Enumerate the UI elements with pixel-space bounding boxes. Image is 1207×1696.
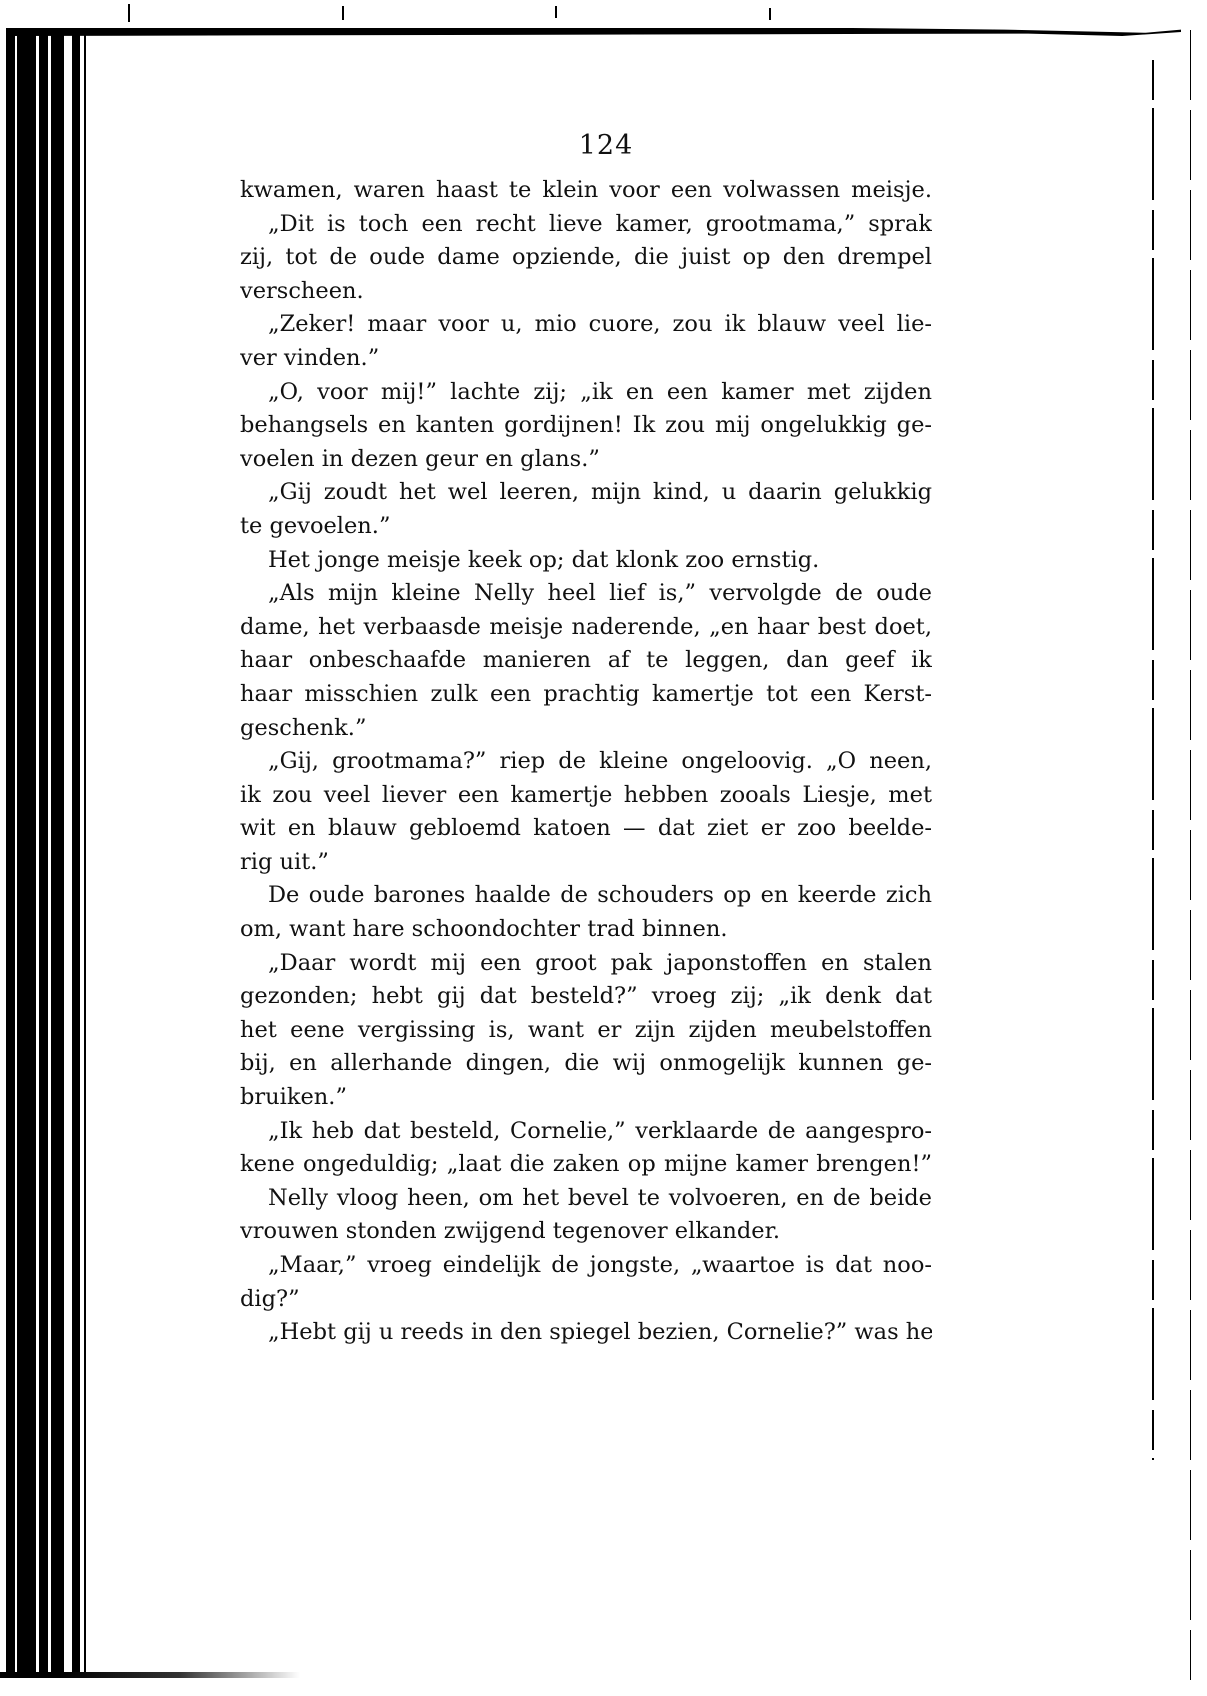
text-line: „Als mijn kleine Nelly heel lief is,” ve… — [240, 577, 932, 611]
page-body-text: kwamen, waren haast te klein voor een vo… — [240, 174, 932, 1350]
text-line: voelen in dezen geur en glans.” — [240, 443, 932, 477]
page-right-edge — [1152, 60, 1154, 1460]
scan-tick-mark — [769, 8, 771, 20]
text-line: „Daar wordt mij een groot pak japonstoff… — [240, 947, 932, 981]
text-line: behangsels en kanten gordijnen! Ik zou m… — [240, 409, 932, 443]
text-line: te gevoelen.” — [240, 510, 932, 544]
scan-border-line — [1190, 30, 1191, 1680]
text-line: ik zou veel liever een kamertje hebben z… — [240, 779, 932, 813]
text-line: „Zeker! maar voor u, mio cuore, zou ik b… — [240, 308, 932, 342]
page-number: 124 — [280, 118, 932, 174]
text-line: „O, voor mij!” lachte zij; „ik en een ka… — [240, 376, 932, 410]
text-line: dame, het verbaasde meisje naderende, „e… — [240, 611, 932, 645]
page-top-edge — [6, 28, 1181, 36]
text-line: De oude barones haalde de schouders op e… — [240, 879, 932, 913]
text-line: kene ongeduldig; „laat die zaken op mijn… — [240, 1148, 932, 1182]
text-line: Nelly vloog heen, om het bevel te volvoe… — [240, 1182, 932, 1216]
text-line: wit en blauw gebloemd katoen — dat ziet … — [240, 812, 932, 846]
text-line: haar onbeschaafde manieren af te leggen,… — [240, 644, 932, 678]
text-line: geschenk.” — [240, 712, 932, 746]
text-line: bij, en allerhande dingen, die wij onmog… — [240, 1047, 932, 1081]
scan-tick-mark — [555, 6, 557, 18]
text-line: haar misschien zulk een prachtig kamertj… — [240, 678, 932, 712]
scan-tick-mark — [342, 6, 344, 20]
text-line: „Gij zoudt het wel leeren, mijn kind, u … — [240, 476, 932, 510]
text-line: om, want hare schoondochter trad binnen. — [240, 913, 932, 947]
book-binding-shadow — [6, 30, 88, 1675]
book-page: 124 kwamen, waren haast te klein voor ee… — [240, 118, 932, 1350]
text-line: het eene vergissing is, want er zijn zij… — [240, 1014, 932, 1048]
text-line: zij, tot de oude dame opziende, die juis… — [240, 241, 932, 275]
text-line: „Ik heb dat besteld, Cornelie,” verklaar… — [240, 1115, 932, 1149]
text-line: vrouwen stonden zwijgend tegenover elkan… — [240, 1215, 932, 1249]
text-line: bruiken.” — [240, 1081, 932, 1115]
text-line: verscheen. — [240, 275, 932, 309]
text-line: kwamen, waren haast te klein voor een vo… — [240, 174, 932, 208]
text-line: „Hebt gij u reeds in den spiegel bezien,… — [240, 1316, 932, 1350]
text-line: dig?” — [240, 1283, 932, 1317]
page-bottom-edge — [0, 1672, 300, 1678]
scan-tick-mark — [128, 4, 130, 22]
text-line: Het jonge meisje keek op; dat klonk zoo … — [240, 544, 932, 578]
text-line: „Gij, grootmama?” riep de kleine ongeloo… — [240, 745, 932, 779]
text-line: ver vinden.” — [240, 342, 932, 376]
text-line: „Maar,” vroeg eindelijk de jongste, „waa… — [240, 1249, 932, 1283]
text-line: „Dit is toch een recht lieve kamer, groo… — [240, 208, 932, 242]
text-line: gezonden; hebt gij dat besteld?” vroeg z… — [240, 980, 932, 1014]
text-line: rig uit.” — [240, 846, 932, 880]
